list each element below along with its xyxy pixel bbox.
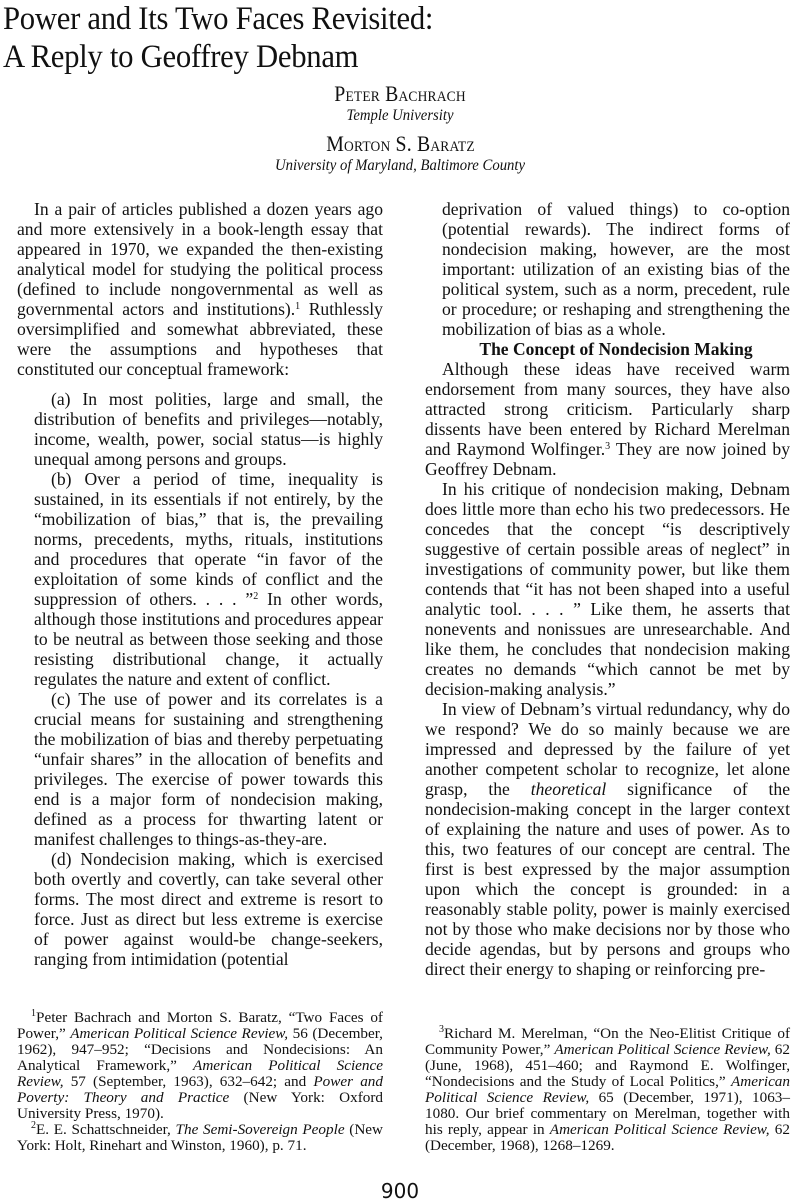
author-block: Peter Bachrach Temple University Morton …	[0, 82, 800, 182]
list-item-b: (b) Over a period of time, inequality is…	[34, 469, 383, 689]
body-paragraph-1: Although these ideas have received warm …	[425, 359, 790, 479]
list-item-c: (c) The use of power and its correlates …	[34, 689, 383, 849]
author-name-1: Peter Bachrach	[334, 82, 465, 106]
footnote-3: 3Richard M. Merelman, “On the Neo-Elitis…	[425, 1026, 790, 1154]
author-affiliation-1: Temple University	[32, 106, 768, 126]
footnote-2: 2E. E. Schattschneider, The Semi-Soverei…	[17, 1122, 383, 1154]
list-item-d-continued: deprivation of valued things) to co-opti…	[425, 199, 790, 339]
left-column: In a pair of articles published a dozen …	[17, 199, 383, 969]
list-item-d: (d) Nondecision making, which is exercis…	[34, 849, 383, 969]
body-paragraph-2: In his critique of nondecision making, D…	[425, 479, 790, 699]
right-column: deprivation of valued things) to co-opti…	[425, 199, 790, 979]
author-affiliation-2: University of Maryland, Baltimore County	[32, 156, 768, 176]
title-line-1: Power and Its Two Faces Revisited:	[3, 1, 433, 37]
article-title: Power and Its Two Faces Revisited: A Rep…	[3, 0, 433, 76]
intro-paragraph: In a pair of articles published a dozen …	[17, 199, 383, 379]
list-item-a: (a) In most polities, large and small, t…	[34, 389, 383, 469]
footnote-1: 1Peter Bachrach and Morton S. Baratz, “T…	[17, 1010, 383, 1122]
framework-list: (a) In most polities, large and small, t…	[17, 389, 383, 969]
footnotes-right: 3Richard M. Merelman, “On the Neo-Elitis…	[425, 1026, 790, 1154]
page-number: 900	[0, 1180, 800, 1202]
title-line-2: A Reply to Geoffrey Debnam	[3, 39, 358, 75]
section-heading: The Concept of Nondecision Making	[425, 339, 790, 359]
body-paragraph-3: In view of Debnam’s virtual redundancy, …	[425, 699, 790, 979]
footnotes-left: 1Peter Bachrach and Morton S. Baratz, “T…	[17, 1010, 383, 1154]
author-name-2: Morton S. Baratz	[326, 132, 475, 156]
